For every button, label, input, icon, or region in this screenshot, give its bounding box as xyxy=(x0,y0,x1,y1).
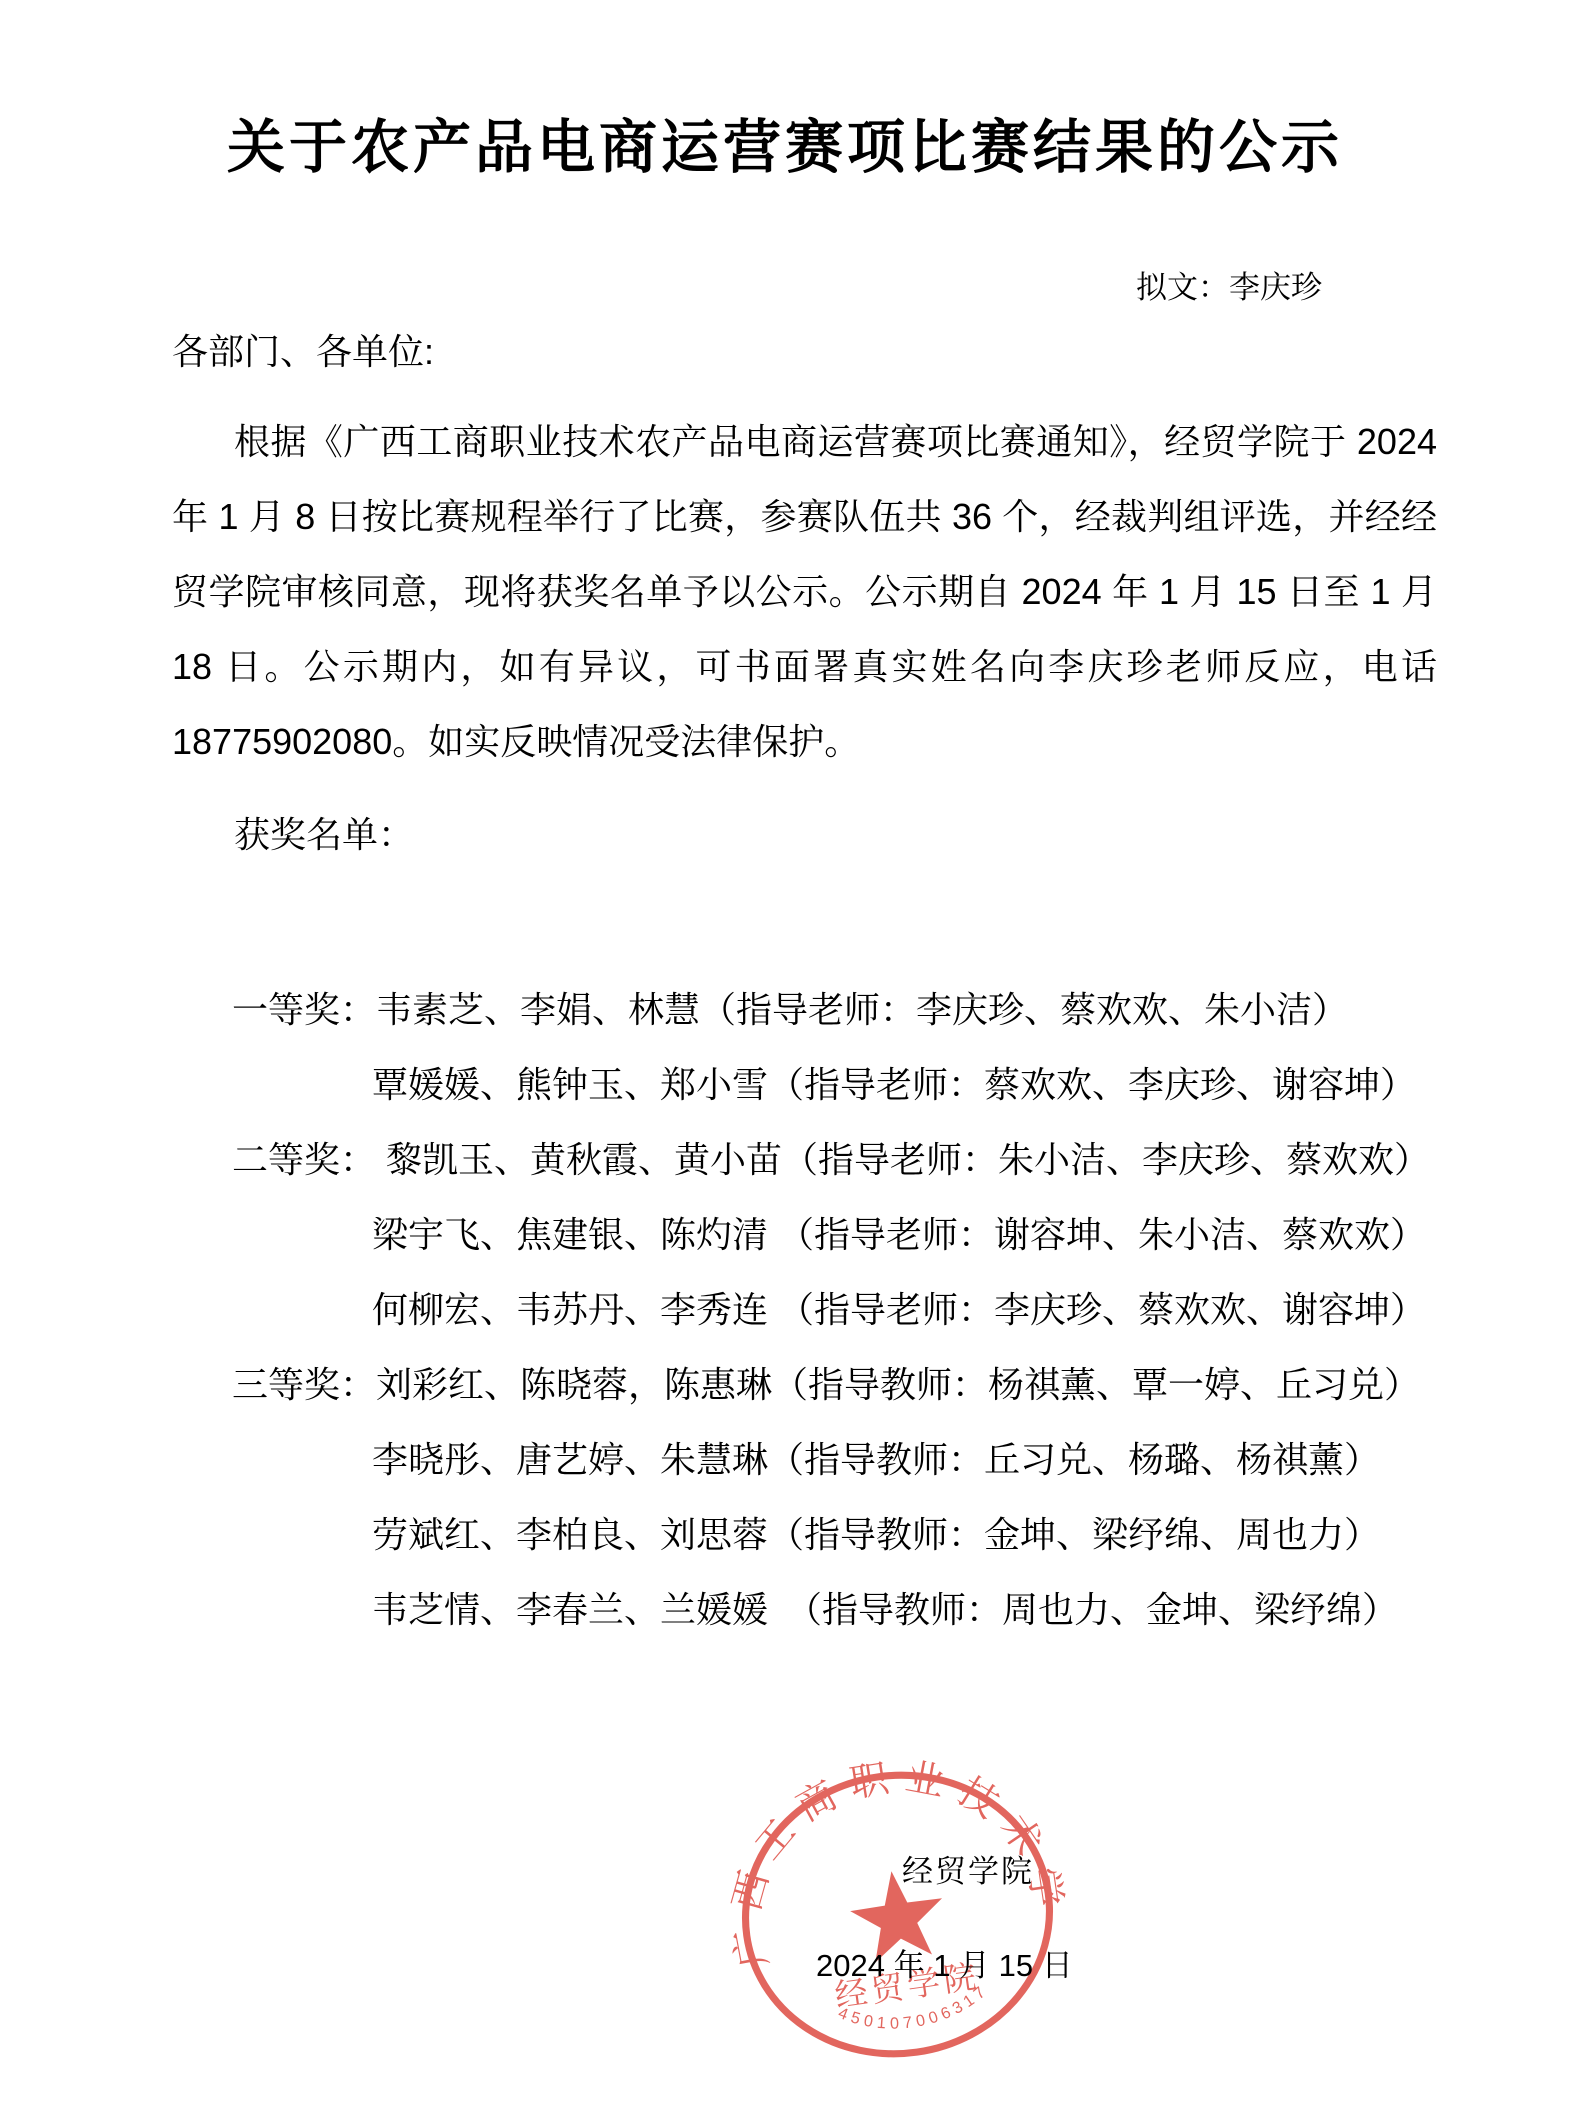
document-title: 关于农产品电商运营赛项比赛结果的公示 xyxy=(0,112,1570,184)
salutation: 各部门、各单位: xyxy=(172,330,1437,374)
award-row: 韦芝情、李春兰、兰媛媛 （指导教师：周也力、金坤、梁纾绵） xyxy=(172,1572,1512,1647)
paragraph-line: 18775902080。如实反映情况受法律保护。 xyxy=(172,704,1437,779)
award-row-third-prize: 三等奖：刘彩红、陈晓蓉，陈惠琳（指导教师：杨祺薰、覃一婷、丘习兑） xyxy=(172,1347,1512,1422)
award-row-first-prize: 一等奖：韦素芝、李娟、林慧（指导老师：李庆珍、蔡欢欢、朱小洁） xyxy=(172,972,1512,1047)
stamp-star-icon xyxy=(846,1865,950,1965)
paragraph-line: 18 日。公示期内，如有异议，可书面署真实姓名向李庆珍老师反应，电话 xyxy=(172,629,1437,704)
paragraph-line: 贸学院审核同意，现将获奖名单予以公示。公示期自 2024 年 1 月 15 日至… xyxy=(172,554,1437,629)
award-row: 覃媛媛、熊钟玉、郑小雪（指导老师：蔡欢欢、李庆珍、谢容坤） xyxy=(172,1047,1512,1122)
award-row: 李晓彤、唐艺婷、朱慧琳（指导教师：丘习兑、杨璐、杨祺薰） xyxy=(172,1422,1512,1497)
award-row: 梁宇飞、焦建银、陈灼清 （指导老师：谢容坤、朱小洁、蔡欢欢） xyxy=(172,1197,1512,1272)
drafter-line: 拟文：李庆珍 xyxy=(0,268,1322,308)
award-row-second-prize: 二等奖： 黎凯玉、黄秋霞、黄小苗（指导老师：朱小洁、李庆珍、蔡欢欢） xyxy=(172,1122,1512,1197)
paragraph-line: 年 1 月 8 日按比赛规程举行了比赛，参赛队伍共 36 个，经裁判组评选，并经… xyxy=(172,479,1437,554)
awards-list: 一等奖：韦素芝、李娟、林慧（指导老师：李庆珍、蔡欢欢、朱小洁） 覃媛媛、熊钟玉、… xyxy=(172,972,1512,1647)
award-row: 何柳宏、韦苏丹、李秀连 （指导老师：李庆珍、蔡欢欢、谢容坤） xyxy=(172,1272,1512,1347)
awards-heading: 获奖名单： xyxy=(234,797,414,872)
body-paragraph: 根据《广西工商职业技术农产品电商运营赛项比赛通知》，经贸学院于 2024 年 1… xyxy=(172,404,1437,779)
official-stamp: 广西工商职业技术学院 经贸学院 4501070063177 xyxy=(725,1742,1070,2087)
paragraph-line: 根据《广西工商职业技术农产品电商运营赛项比赛通知》，经贸学院于 2024 xyxy=(172,404,1437,479)
document-page: 关于农产品电商运营赛项比赛结果的公示 拟文：李庆珍 各部门、各单位: 根据《广西… xyxy=(0,0,1587,2109)
award-row: 劳斌红、李柏良、刘思蓉（指导教师：金坤、梁纾绵、周也力） xyxy=(172,1497,1512,1572)
